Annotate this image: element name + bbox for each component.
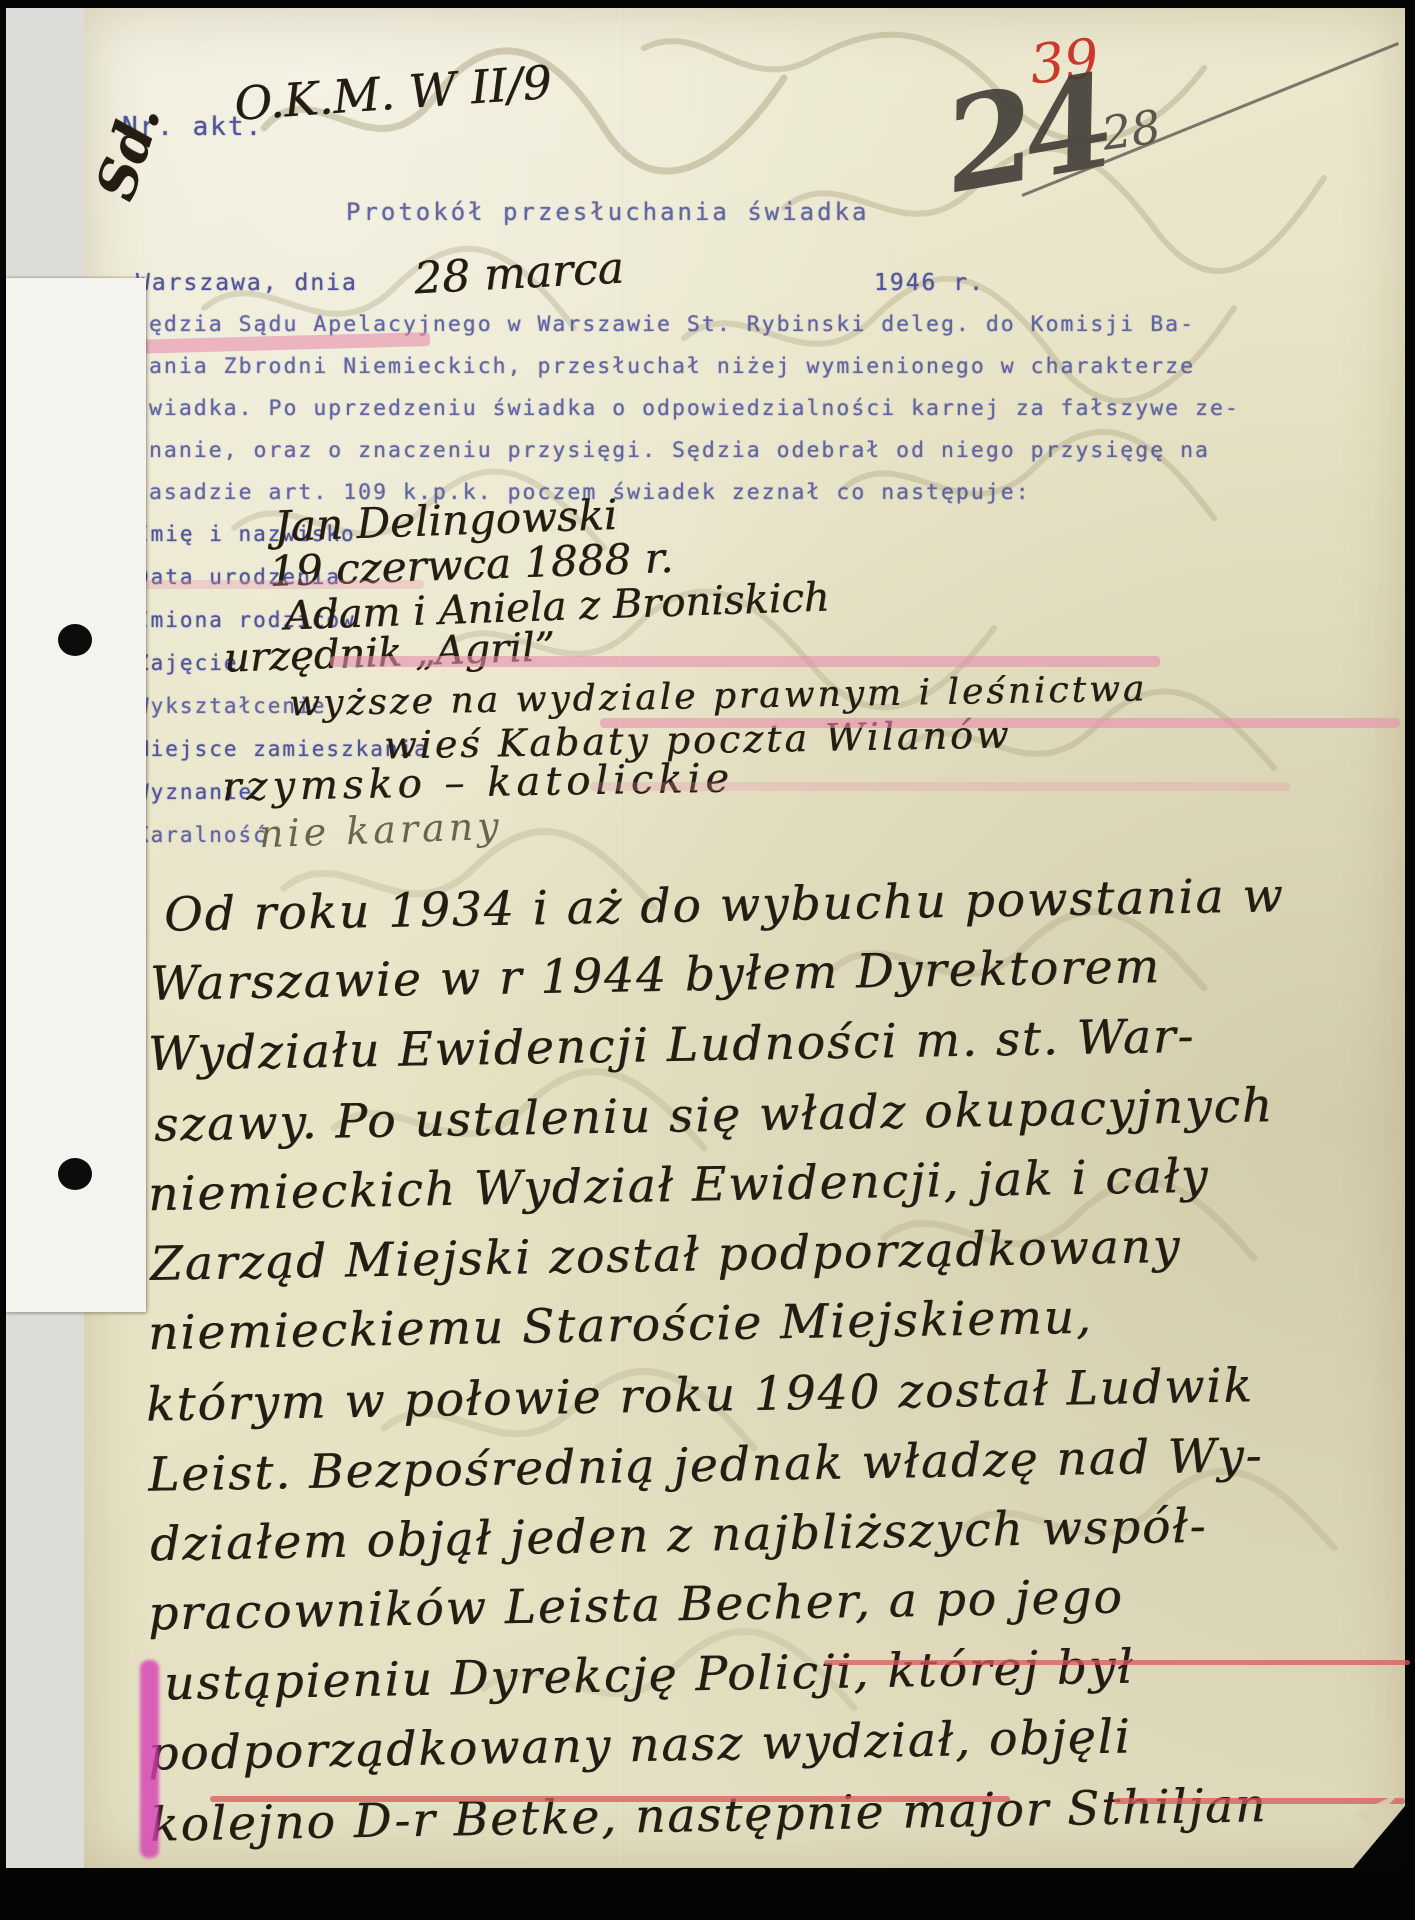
testimony-line: podporządkowany nasz wydział, objęli: [148, 1709, 1133, 1781]
pencil-scribble: 24: [934, 47, 1116, 222]
testimony-line: pracowników Leista Becher, a po jego: [148, 1569, 1125, 1641]
pink-underline: [330, 656, 1160, 667]
red-underline: [1114, 1798, 1405, 1804]
field-label-criminal-record: Karalność: [136, 823, 268, 847]
testimony-line: kolejno D-r Betke, następnie major Sthil…: [150, 1778, 1268, 1852]
page-title: Protokół przesłuchania świadka: [346, 198, 869, 226]
testimony-line: niemieckich Wydział Ewidencji, jak i cał…: [148, 1149, 1210, 1223]
scanned-document: Nr. akt. O.K.M. W II/9 Sd. 39 28 24 Prot…: [0, 0, 1415, 1920]
testimony-line: niemieckiemu Staroście Miejskiemu,: [148, 1290, 1094, 1361]
testimony-line: którym w połowie roku 1940 został Ludwik: [146, 1358, 1255, 1432]
pink-underline: [590, 782, 1290, 791]
field-value-education: wyższe na wydziale prawnym i leśnictwa: [289, 669, 1148, 725]
testimony-line: Warszawie w r 1944 byłem Dyrektorem: [150, 939, 1162, 1012]
red-underline: [210, 1796, 1010, 1802]
testimony-line: działem objął jeden z najbliższych współ…: [150, 1499, 1208, 1572]
file-number-value: O.K.M. W II/9: [233, 55, 554, 131]
testimony-line: Od roku 1934 i aż do wybuchu powstania w: [164, 868, 1285, 943]
testimony-line: Zarząd Miejski został podporządkowany: [150, 1219, 1182, 1292]
document-page: Nr. akt. O.K.M. W II/9 Sd. 39 28 24 Prot…: [84, 8, 1405, 1868]
intro-line: Sędzia Sądu Apelacyjnego w Warszawie St.…: [134, 312, 1195, 337]
margin-scribble: Sd.: [83, 97, 173, 208]
punch-hole: [58, 1158, 92, 1190]
magenta-margin-mark: [140, 1660, 159, 1858]
testimony-line: szawy. Po ustaleniu się władz okupacyjny…: [154, 1078, 1275, 1153]
intro-line: znanie, oraz o znaczeniu przysięgi. Sędz…: [134, 438, 1210, 463]
red-underline: [824, 1660, 1410, 1665]
dateline-place: Warszawa, dnia: [136, 270, 358, 296]
left-paper-strip: [6, 278, 146, 1312]
intro-line: świadka. Po uprzedzeniu świadka o odpowi…: [134, 396, 1240, 421]
pink-underline: [134, 580, 424, 589]
dateline-year: 1946 r.: [874, 270, 985, 296]
dateline-handwritten-date: 28 marca: [413, 243, 625, 305]
testimony-line: ustąpieniu Dyrekcję Policji, której był: [164, 1640, 1135, 1712]
field-value-criminal-record: nie karany: [258, 804, 503, 856]
intro-line: dania Zbrodni Niemieckich, przesłuchał n…: [134, 354, 1195, 379]
testimony-line: Leist. Bezpośrednią jednak władzę nad Wy…: [148, 1428, 1264, 1502]
punch-hole: [58, 624, 92, 656]
pink-underline: [600, 718, 1400, 728]
testimony-line: Wydziału Ewidencji Ludności m. st. War-: [148, 1009, 1196, 1082]
field-value-occupation: urzędnik „Agril”: [223, 624, 556, 682]
